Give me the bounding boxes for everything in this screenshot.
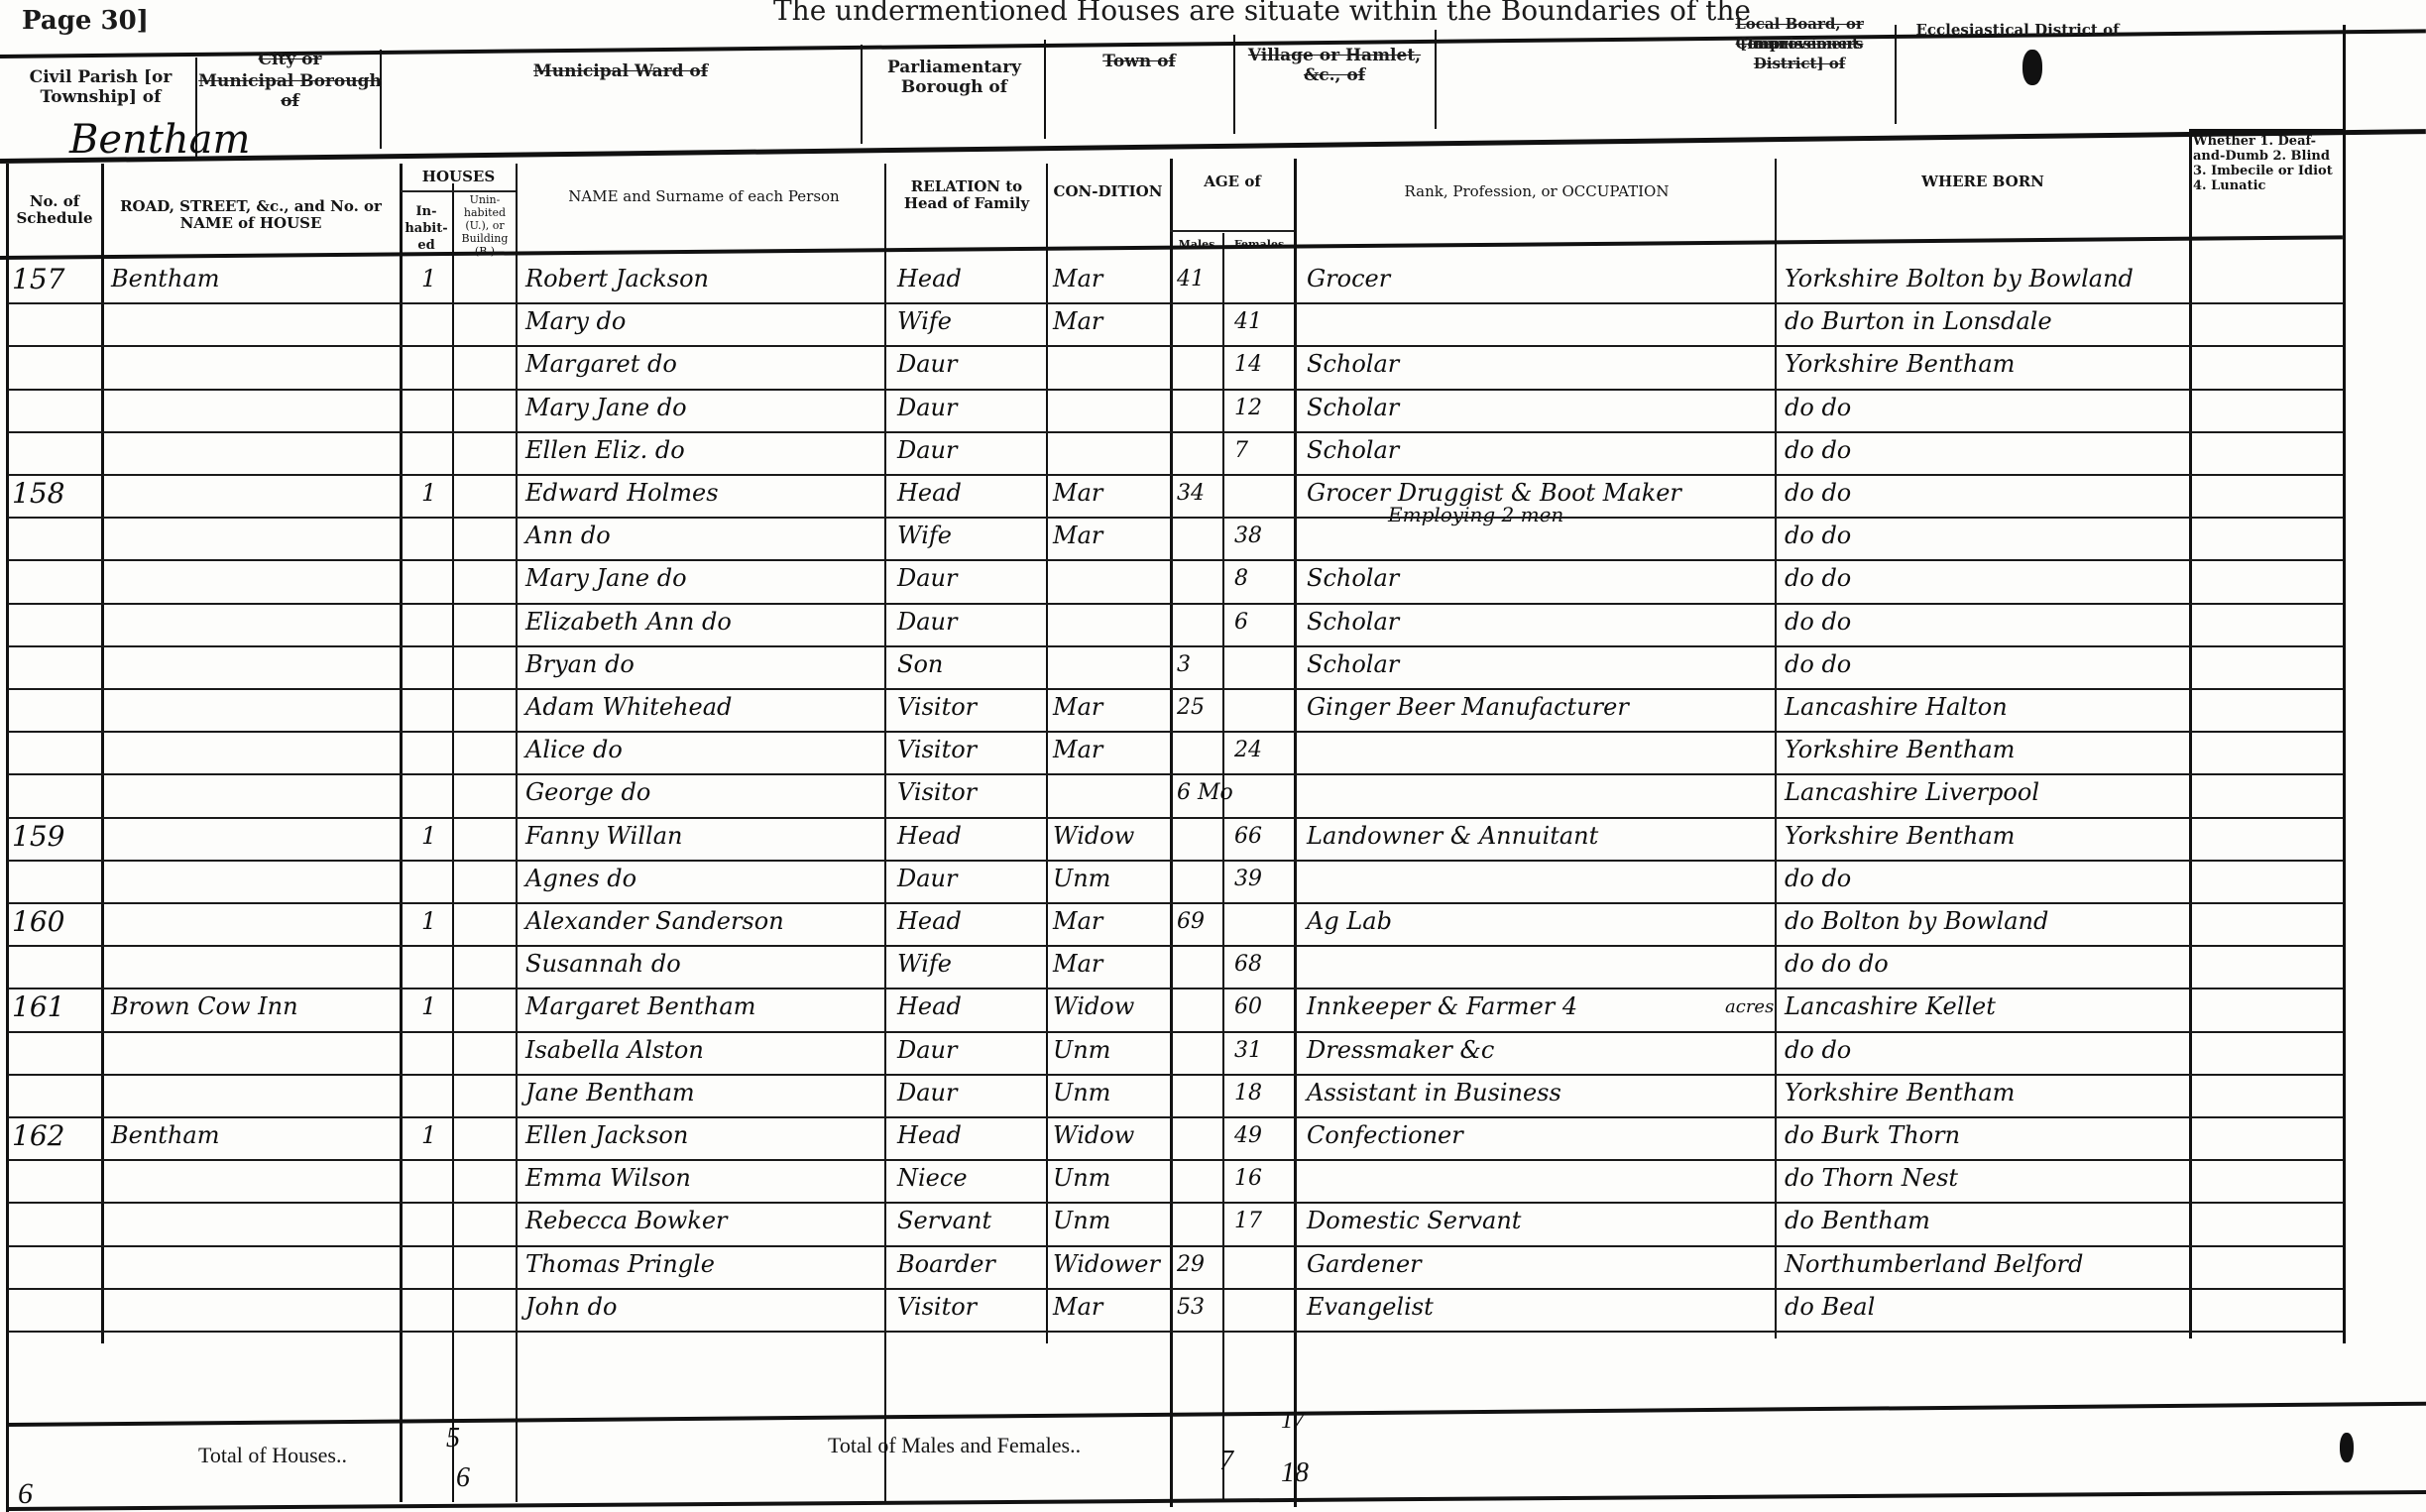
where-born: do Bolton by Bowland — [1785, 906, 2048, 937]
row-rule — [8, 645, 2343, 647]
row-rule — [8, 559, 2343, 561]
where-born: do Burk Thorn — [1785, 1120, 1960, 1151]
male-age: 34 — [1177, 478, 1205, 509]
row-rule — [8, 945, 2343, 947]
occupation: Dressmaker &c — [1307, 1035, 1494, 1066]
header-bottom-rule — [0, 129, 2426, 164]
table-row: Elizabeth Ann doDaur6Scholardo do — [0, 607, 2426, 638]
person-name: Mary Jane do — [525, 393, 687, 423]
relation-to-head: Daur — [897, 393, 957, 423]
boundary-ecclesiastical-label: Ecclesiastical District of — [1899, 20, 2137, 40]
row-rule — [8, 389, 2343, 391]
marital-condition: Widower — [1053, 1249, 1160, 1280]
relation-to-head: Head — [897, 264, 962, 294]
table-row: Jane BenthamDaurUnm18Assistant in Busine… — [0, 1078, 2426, 1108]
row-rule — [8, 1288, 2343, 1290]
female-age: 8 — [1234, 563, 1248, 594]
occupation: Scholar — [1307, 435, 1399, 466]
person-name: Isabella Alston — [525, 1035, 704, 1066]
person-name: Thomas Pringle — [525, 1249, 715, 1280]
table-row: 157Bentham1Robert JacksonHeadMar41Grocer… — [0, 264, 2426, 294]
row-rule — [8, 1116, 2343, 1118]
marital-condition: Mar — [1053, 1292, 1102, 1323]
col-relation-header: RELATION to Head of Family — [887, 178, 1046, 212]
row-rule — [8, 1331, 2343, 1333]
inhabited-count: 1 — [421, 1120, 436, 1151]
row-rule — [8, 1031, 2343, 1033]
schedule-number: 162 — [12, 1120, 64, 1151]
occupation: Landowner & Annuitant — [1307, 821, 1598, 852]
where-born: do do — [1785, 864, 1851, 894]
inhabited-count: 1 — [421, 821, 436, 852]
relation-to-head: Wife — [897, 306, 952, 337]
total-males: 7 — [1219, 1446, 1233, 1477]
occupation: Evangelist — [1307, 1292, 1434, 1323]
inhabited-count: 1 — [421, 991, 436, 1022]
relation-to-head: Head — [897, 478, 962, 509]
row-rule — [8, 603, 2343, 605]
where-born: Northumberland Belford — [1785, 1249, 2083, 1280]
relation-to-head: Visitor — [897, 777, 977, 808]
where-born: do Bentham — [1785, 1206, 1930, 1236]
marital-condition: Widow — [1053, 821, 1134, 852]
table-row: Emma WilsonNieceUnm16do Thorn Nest — [0, 1163, 2426, 1194]
person-name: Susannah do — [525, 949, 681, 980]
relation-to-head: Head — [897, 906, 962, 937]
relation-to-head: Daur — [897, 864, 957, 894]
male-age: 53 — [1177, 1292, 1205, 1323]
col-infirmity-header: Whether 1. Deaf-and-Dumb 2. Blind 3. Imb… — [2193, 134, 2342, 193]
ink-blot — [2022, 50, 2042, 85]
relation-to-head: Daur — [897, 349, 957, 380]
col-where-born-header: WHERE BORN — [1780, 174, 2186, 190]
row-rule — [8, 431, 2343, 433]
col-condition-header: CON-DITION — [1051, 183, 1165, 200]
where-born: Lancashire Halton — [1785, 692, 2008, 723]
male-age: 3 — [1177, 649, 1191, 680]
relation-to-head: Niece — [897, 1163, 968, 1194]
marital-condition: Widow — [1053, 1120, 1134, 1151]
col-inhabited-header: In-habit-ed — [402, 203, 451, 254]
total-houses-uninhabited: 6 — [456, 1462, 470, 1494]
relation-to-head: Daur — [897, 1035, 957, 1066]
occupation-extra: acres — [1725, 991, 1774, 1022]
relation-to-head: Daur — [897, 1078, 957, 1108]
row-rule — [8, 517, 2343, 519]
col-females-header: Females — [1225, 236, 1293, 253]
where-born: do do — [1785, 1035, 1851, 1066]
person-name: Alexander Sanderson — [525, 906, 784, 937]
person-name: Elizabeth Ann do — [525, 607, 732, 638]
female-age: 24 — [1234, 735, 1262, 765]
where-born: do Burton in Lonsdale — [1785, 306, 2052, 337]
female-age: 18 — [1234, 1078, 1262, 1108]
boundary-divider — [1895, 25, 1897, 124]
person-name: George do — [525, 777, 650, 808]
female-age: 68 — [1234, 949, 1262, 980]
table-row: Rebecca BowkerServantUnm17Domestic Serva… — [0, 1206, 2426, 1236]
table-row: George doVisitor6 MoLancashire Liverpool — [0, 777, 2426, 808]
marital-condition: Unm — [1053, 1035, 1110, 1066]
table-row: Bryan doSon3Scholardo do — [0, 649, 2426, 680]
marital-condition: Mar — [1053, 306, 1102, 337]
marital-condition: Mar — [1053, 949, 1102, 980]
infirmity-top-rule — [2189, 129, 2343, 132]
boundary-municipal-ward-label: Municipal Ward of — [383, 61, 859, 81]
where-born: do Beal — [1785, 1292, 1875, 1323]
female-age: 39 — [1234, 864, 1262, 894]
relation-to-head: Head — [897, 821, 962, 852]
ink-blot — [2340, 1433, 2354, 1462]
table-row: Thomas PringleBoarderWidower29GardenerNo… — [0, 1249, 2426, 1280]
occupation: Scholar — [1307, 649, 1399, 680]
occupation: Scholar — [1307, 393, 1399, 423]
where-born: do do — [1785, 649, 1851, 680]
schedule-number: 157 — [12, 264, 64, 294]
person-name: Fanny Willan — [525, 821, 682, 852]
person-name: Ellen Eliz. do — [525, 435, 685, 466]
person-name: Bryan do — [525, 649, 635, 680]
totals-bottom-rule — [8, 1490, 2426, 1511]
person-name: Margaret do — [525, 349, 677, 380]
where-born: do do — [1785, 521, 1851, 551]
marital-condition: Mar — [1053, 735, 1102, 765]
row-rule — [8, 345, 2343, 347]
marital-condition: Unm — [1053, 1078, 1110, 1108]
occupation: Scholar — [1307, 563, 1399, 594]
occupation: Innkeeper & Farmer 4 — [1307, 991, 1577, 1022]
female-age: 7 — [1234, 435, 1248, 466]
relation-to-head: Wife — [897, 521, 952, 551]
age-subrule — [1170, 230, 1294, 232]
occupation: Domestic Servant — [1307, 1206, 1521, 1236]
relation-to-head: Servant — [897, 1206, 991, 1236]
female-age: 38 — [1234, 521, 1262, 551]
table-row: John doVisitorMar53Evangelistdo Beal — [0, 1292, 2426, 1323]
table-row: 1581Edward HolmesHeadMar34Grocer Druggis… — [0, 478, 2426, 509]
female-age: 41 — [1234, 306, 1262, 337]
boundary-village-label: Village or Hamlet, &c., of — [1235, 46, 1434, 85]
boundary-civil-parish-value: Bentham — [69, 117, 250, 163]
female-age: 31 — [1234, 1035, 1262, 1066]
table-row: 161Brown Cow Inn1Margaret BenthamHeadWid… — [0, 991, 2426, 1022]
boundary-local-board-label: Commissioners District] of — [1705, 34, 1894, 73]
boundary-divider — [1435, 30, 1437, 129]
marital-condition: Unm — [1053, 1163, 1110, 1194]
marital-condition: Mar — [1053, 521, 1102, 551]
relation-to-head: Son — [897, 649, 943, 680]
occupation: Scholar — [1307, 349, 1399, 380]
relation-to-head: Visitor — [897, 692, 977, 723]
road-or-house-name: Brown Cow Inn — [111, 991, 298, 1022]
row-rule — [8, 688, 2343, 690]
occupation: Ag Lab — [1307, 906, 1392, 937]
total-persons-label: Total of Males and Females.. — [828, 1433, 1081, 1458]
struck-text: Municipal Borough of — [198, 71, 382, 111]
inhabited-count: 1 — [421, 478, 436, 509]
boundary-caption: The undermentioned Houses are situate wi… — [773, 0, 1751, 27]
relation-to-head: Daur — [897, 563, 957, 594]
row-rule — [8, 302, 2343, 304]
male-age: 25 — [1177, 692, 1205, 723]
houses-subrule — [401, 190, 516, 192]
female-age: 16 — [1234, 1163, 1262, 1194]
row-rule — [8, 902, 2343, 904]
marital-condition: Mar — [1053, 906, 1102, 937]
col-houses-header: HOUSES — [402, 169, 516, 185]
occupation: Scholar — [1307, 607, 1399, 638]
row-rule — [8, 988, 2343, 989]
where-born: Yorkshire Bentham — [1785, 1078, 2015, 1108]
row-rule — [8, 773, 2343, 775]
relation-to-head: Visitor — [897, 1292, 977, 1323]
boundary-municipal-borough-label: Municipal Borough of — [198, 71, 382, 111]
male-age: 29 — [1177, 1249, 1205, 1280]
occupation: Grocer — [1307, 264, 1390, 294]
where-born: do do — [1785, 478, 1851, 509]
male-age: 6 Mo — [1177, 777, 1233, 808]
person-name: Mary do — [525, 306, 626, 337]
road-or-house-name: Bentham — [111, 264, 219, 294]
table-row: Adam WhiteheadVisitorMar25Ginger Beer Ma… — [0, 692, 2426, 723]
relation-to-head: Head — [897, 991, 962, 1022]
total-houses-inhabited: 5 — [446, 1423, 460, 1454]
where-born: do do — [1785, 393, 1851, 423]
where-born: Lancashire Liverpool — [1785, 777, 2039, 808]
schedule-number: 159 — [12, 821, 64, 852]
row-rule — [8, 1074, 2343, 1076]
row-rule — [8, 1245, 2343, 1247]
road-or-house-name: Bentham — [111, 1120, 219, 1151]
table-row: Mary doWifeMar41do Burton in Lonsdale — [0, 306, 2426, 337]
person-name: Edward Holmes — [525, 478, 719, 509]
marital-condition: Mar — [1053, 692, 1102, 723]
row-rule — [8, 1159, 2343, 1161]
table-row: Susannah doWifeMar68do do do — [0, 949, 2426, 980]
relation-to-head: Daur — [897, 435, 957, 466]
margin-note: 6 — [18, 1477, 33, 1511]
table-row: Isabella AlstonDaurUnm31Dressmaker &cdo … — [0, 1035, 2426, 1066]
female-age: 6 — [1234, 607, 1248, 638]
row-rule — [8, 860, 2343, 862]
col-males-header: Males — [1172, 236, 1221, 253]
where-born: Lancashire Kellet — [1785, 991, 1996, 1022]
male-age: 69 — [1177, 906, 1205, 937]
table-row: Mary Jane doDaur12Scholardo do — [0, 393, 2426, 423]
boundary-civil-parish-label: Civil Parish [or Township] of — [4, 67, 197, 107]
person-name: Margaret Bentham — [525, 991, 755, 1022]
table-row: Alice doVisitorMar24Yorkshire Bentham — [0, 735, 2426, 765]
row-rule — [8, 817, 2343, 819]
person-name: Ann do — [525, 521, 611, 551]
inhabited-count: 1 — [421, 906, 436, 937]
table-row: Mary Jane doDaur8Scholardo do — [0, 563, 2426, 594]
female-age: 17 — [1234, 1206, 1262, 1236]
where-born: Yorkshire Bentham — [1785, 735, 2015, 765]
person-name: Ellen Jackson — [525, 1120, 688, 1151]
marital-condition: Widow — [1053, 991, 1134, 1022]
person-name: Mary Jane do — [525, 563, 687, 594]
person-name: Emma Wilson — [525, 1163, 691, 1194]
where-born: Yorkshire Bolton by Bowland — [1785, 264, 2134, 294]
where-born: do do do — [1785, 949, 1889, 980]
table-row: 1591Fanny WillanHeadWidow66Landowner & A… — [0, 821, 2426, 852]
table-row: Ann doWifeMar38do do — [0, 521, 2426, 551]
col-uninhabited-header: Unin-habited (U.), or Building (B.) — [454, 193, 516, 258]
where-born: Yorkshire Bentham — [1785, 821, 2015, 852]
person-name: Alice do — [525, 735, 623, 765]
relation-to-head: Head — [897, 1120, 962, 1151]
total-females: 18 — [1281, 1457, 1309, 1489]
person-name: Agnes do — [525, 864, 636, 894]
where-born: do Thorn Nest — [1785, 1163, 1958, 1194]
row-rule — [8, 474, 2343, 476]
relation-to-head: Daur — [897, 607, 957, 638]
table-row: 1601Alexander SandersonHeadMar69Ag Labdo… — [0, 906, 2426, 937]
total-houses-label: Total of Houses.. — [198, 1443, 347, 1468]
female-age: 12 — [1234, 393, 1262, 423]
marital-condition: Unm — [1053, 1206, 1110, 1236]
where-born: Yorkshire Bentham — [1785, 349, 2015, 380]
relation-to-head: Visitor — [897, 735, 977, 765]
female-age: 66 — [1234, 821, 1262, 852]
table-row: 162Bentham1Ellen JacksonHeadWidow49Confe… — [0, 1120, 2426, 1151]
totals-top-rule — [8, 1402, 2426, 1427]
row-rule — [8, 731, 2343, 733]
person-name: Rebecca Bowker — [525, 1206, 728, 1236]
boundary-town-label: Town of — [1047, 52, 1231, 71]
col-schedule-header: No. of Schedule — [8, 193, 101, 227]
schedule-number: 160 — [12, 906, 64, 937]
table-row: Ellen Eliz. doDaur7Scholardo do — [0, 435, 2426, 466]
col-age-header: AGE of — [1173, 174, 1292, 190]
table-row: Margaret doDaur14ScholarYorkshire Bentha… — [0, 349, 2426, 380]
col-occupation-header: Rank, Profession, or OCCUPATION — [1299, 183, 1775, 200]
occupation: Ginger Beer Manufacturer — [1307, 692, 1629, 723]
marital-condition: Unm — [1053, 864, 1110, 894]
person-name: Jane Bentham — [525, 1078, 695, 1108]
row-rule — [8, 1202, 2343, 1204]
marital-condition: Mar — [1053, 264, 1102, 294]
schedule-number: 161 — [12, 991, 64, 1022]
female-age: 49 — [1234, 1120, 1262, 1151]
where-born: do do — [1785, 435, 1851, 466]
relation-to-head: Wife — [897, 949, 952, 980]
person-name: Robert Jackson — [525, 264, 709, 294]
person-name: John do — [525, 1292, 617, 1323]
occupation: Assistant in Business — [1307, 1078, 1561, 1108]
where-born: do do — [1785, 607, 1851, 638]
marital-condition: Mar — [1053, 478, 1102, 509]
occupation: Gardener — [1307, 1249, 1422, 1280]
boundary-parliamentary-borough-label: Parliamentary Borough of — [863, 58, 1046, 97]
page-number: Page 30] — [22, 6, 149, 36]
boundary-city-label-top: City or — [198, 50, 382, 69]
where-born: do do — [1785, 563, 1851, 594]
male-age: 41 — [1177, 264, 1205, 294]
schedule-number: 158 — [12, 478, 64, 509]
female-age: 14 — [1234, 349, 1262, 380]
female-age: 60 — [1234, 991, 1262, 1022]
table-row: Agnes doDaurUnm39do do — [0, 864, 2426, 894]
occupation: Confectioner — [1307, 1120, 1463, 1151]
inhabited-count: 1 — [421, 264, 436, 294]
relation-to-head: Boarder — [897, 1249, 995, 1280]
person-name: Adam Whitehead — [525, 692, 732, 723]
col-name-header: NAME and Surname of each Person — [555, 188, 853, 205]
col-road-header: ROAD, STREET, &c., and No. or NAME of HO… — [103, 198, 399, 232]
total-females-tally: 17 — [1281, 1408, 1305, 1435]
